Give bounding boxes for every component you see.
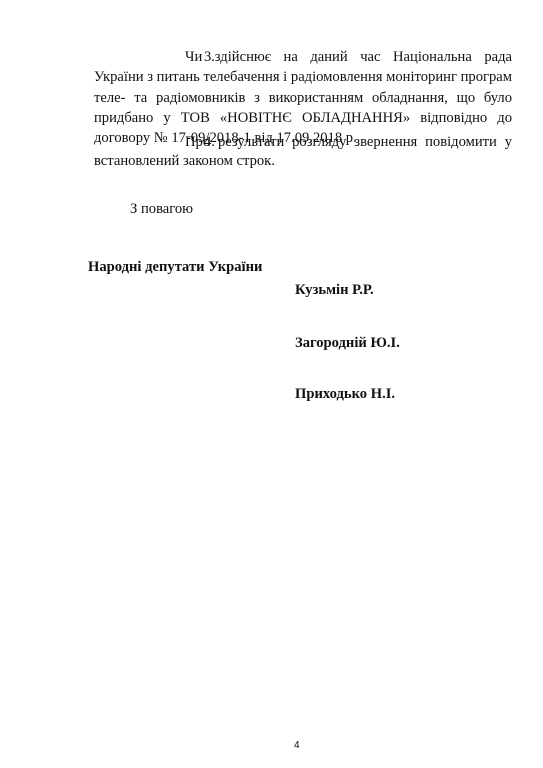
signer-name: Кузьмін Р.Р. <box>295 282 374 299</box>
paragraph-number: 3. <box>149 47 185 67</box>
closing-phrase: З повагою <box>130 201 193 218</box>
paragraph-number: 4. <box>149 133 185 152</box>
document-page: 3.Чи здійснює на даний час Національна р… <box>0 0 543 768</box>
signers-title: Народні депутати України <box>88 259 262 276</box>
signer-name: Загородній Ю.І. <box>295 335 400 352</box>
paragraph-4: 4.Про результати розгляду звернення пові… <box>94 133 512 170</box>
page-number: 4 <box>294 740 300 751</box>
signer-name: Приходько Н.І. <box>295 386 395 403</box>
